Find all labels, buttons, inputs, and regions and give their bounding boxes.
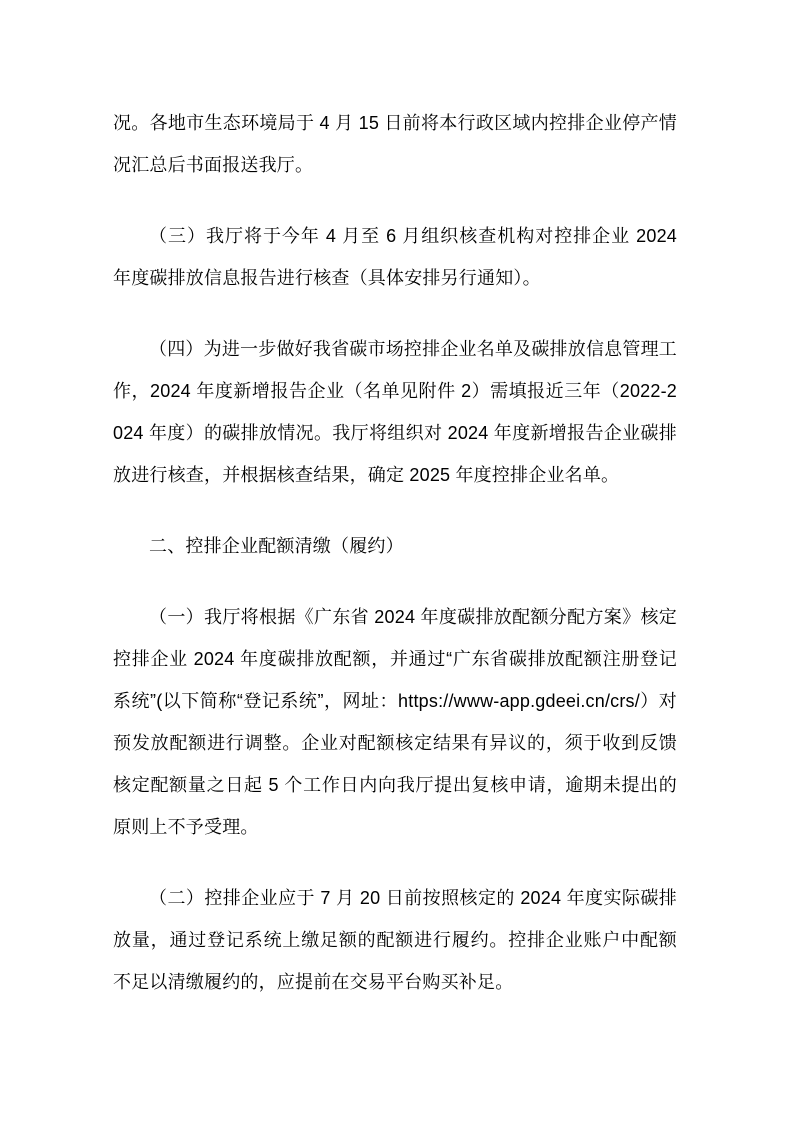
- paragraph-continuation: 况。各地市生态环境局于 4 月 15 日前将本行政区域内控排企业停产情况汇总后书…: [113, 102, 677, 186]
- paragraph-section-two-item-two: （二）控排企业应于 7 月 20 日前按照核定的 2024 年度实际碳排放量，通…: [113, 877, 677, 1003]
- document-page: 况。各地市生态环境局于 4 月 15 日前将本行政区域内控排企业停产情况汇总后书…: [0, 0, 793, 1122]
- paragraph-section-two-item-one: （一）我厅将根据《广东省 2024 年度碳排放配额分配方案》核定控排企业 202…: [113, 596, 677, 848]
- section-two-heading: 二、控排企业配额清缴（履约）: [113, 525, 677, 567]
- paragraph-section-one-item-four: （四）为进一步做好我省碳市场控排企业名单及碳排放信息管理工作，2024 年度新增…: [113, 328, 677, 496]
- paragraph-section-one-item-three: （三）我厅将于今年 4 月至 6 月组织核查机构对控排企业 2024 年度碳排放…: [113, 215, 677, 299]
